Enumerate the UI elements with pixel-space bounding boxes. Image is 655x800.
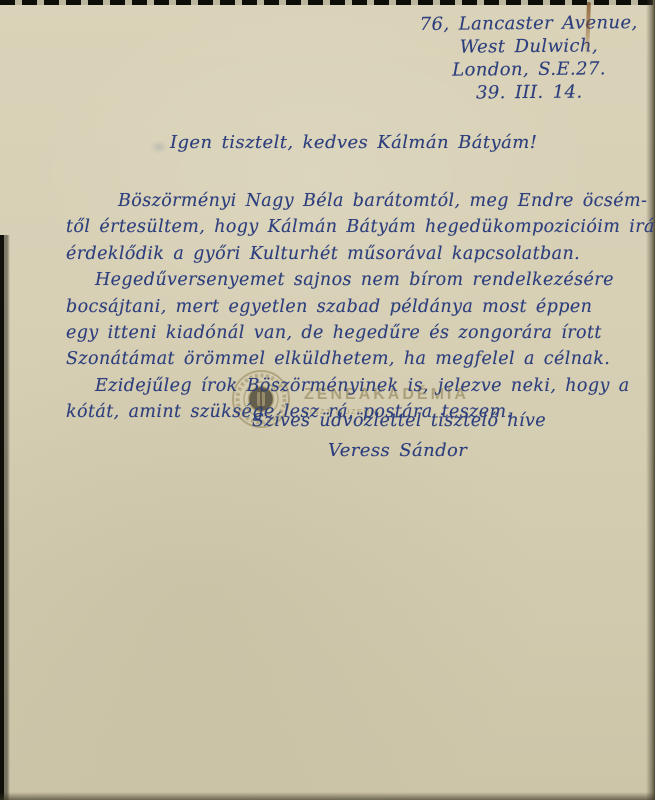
date-line: 39. III. 14. [418,80,640,105]
closing-line: Szíves üdvözlettel tisztelő híve [252,411,546,431]
scan-edge-bottom [0,792,655,800]
letter-paper: ZENEAKADÉMIA LISZT MÚZEUM 76, Lancaster … [0,0,655,800]
scan-edge-right [646,0,655,800]
body-line: bocsájtani, mert egyetlen szabad példány… [66,294,626,320]
signature: Veress Sándor [328,440,467,461]
body-line: egy itteni kiadónál van, de hegedűre és … [66,320,626,346]
body-line: érdeklődik a győri Kulturhét műsorával k… [66,241,626,267]
address-block: 76, Lancaster Avenue, West Dulwich, Lond… [418,11,641,105]
letter-body: Böszörményi Nagy Béla barátomtól, meg En… [66,188,626,426]
address-line-3: London, S.E.27. [418,57,640,82]
body-line: Hegedűversenyemet sajnos nem bírom rende… [66,267,626,293]
address-line-2: West Dulwich, [418,34,640,59]
body-line: Ezidejűleg írok Böszörményinek is, jelez… [66,373,626,399]
body-line: től értesültem, hogy Kálmán Bátyám heged… [66,214,626,240]
ink-smudge [150,140,168,154]
scan-edge-top [0,0,655,5]
body-line: Szonátámat örömmel elküldhetem, ha megfe… [66,346,626,372]
scan-edge-left [0,235,10,800]
address-line-1: 76, Lancaster Avenue, [418,11,640,36]
salutation-line: Igen tisztelt, kedves Kálmán Bátyám! [170,132,537,153]
body-line: Böszörményi Nagy Béla barátomtól, meg En… [66,188,626,214]
